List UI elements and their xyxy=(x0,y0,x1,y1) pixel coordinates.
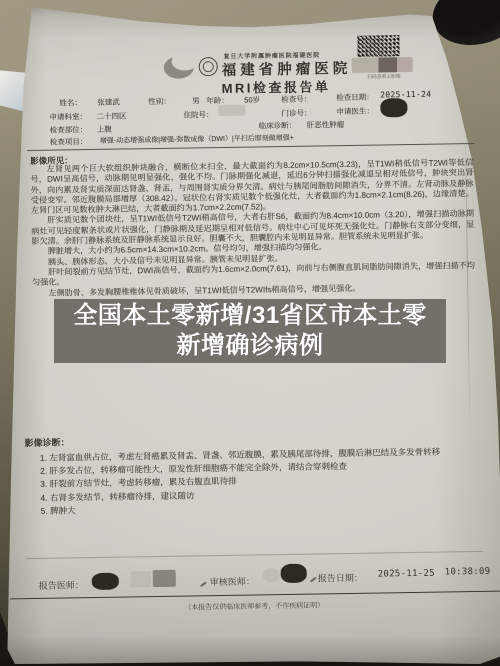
report-date-value: 2025-11-25 xyxy=(378,569,435,580)
clinical-dx-label: 临床诊断： xyxy=(259,120,297,132)
patient-gender: 男 xyxy=(192,95,200,106)
review-doctor-signature-redaction xyxy=(281,564,307,583)
report-photo: 复旦大学附属肿瘤医院福建医院 福建省肿瘤医院 MRI检查报告单 扫码查看云影像 … xyxy=(0,0,500,666)
name-label: 姓名： xyxy=(59,97,82,108)
report-time-value: 10:38:09 xyxy=(445,567,491,578)
exam-no-label: 检查号： xyxy=(281,94,311,105)
report-doctor-stamp-gray xyxy=(153,570,176,587)
qr-redaction-bar xyxy=(352,57,413,73)
gender-label: 性别： xyxy=(148,96,171,107)
diagnosis-title: 影像诊断： xyxy=(25,435,70,449)
crescent-cut xyxy=(172,52,198,70)
disclaimer-text: （本报告仅供临床医师参考，不作疾病证明） xyxy=(4,598,500,616)
header-divider xyxy=(27,143,475,151)
patient-age: 50岁 xyxy=(244,94,260,105)
clinical-dx-value: 肝恶性肿瘤 xyxy=(307,119,345,131)
outpatient-no-label: 门诊号： xyxy=(281,108,311,119)
qr-caption: 扫码查看云影像 xyxy=(355,72,413,80)
exam-items-value: 增强-动态增强成像|增强-弥散成像（DWI）|平扫后即刻做增强+ xyxy=(100,133,294,146)
qr-code xyxy=(357,35,399,57)
hospital-seal-icon xyxy=(199,57,218,76)
patient-name: 张建武 xyxy=(97,97,120,108)
pen-tick-icon xyxy=(310,577,317,582)
findings-body: 左肾见两个巨大软组织肿块融合，横断位未扫全，最大截面约为8.2cm×10.5cm… xyxy=(30,158,475,299)
report-doctor-stamp-light xyxy=(131,571,151,587)
news-caption-banner: 全国本土零新增/31省区市本土零新增确诊病例 xyxy=(54,299,446,363)
report-date-label: 报告日期： xyxy=(318,571,363,585)
pen-tick-icon xyxy=(200,581,207,586)
request-doctor-redaction xyxy=(380,98,407,117)
review-doctor-label: 审核医师： xyxy=(210,574,255,588)
review-doctor-stamp-light xyxy=(263,568,280,582)
report-doctor-signature-redaction xyxy=(92,573,119,590)
body-part-value: 上腹 xyxy=(97,124,112,135)
findings-paragraph: 左肾见两个巨大软组织肿块融合，横断位未扫全，最大截面约为8.2cm×10.5cm… xyxy=(30,158,474,216)
dept-label: 申请科室： xyxy=(49,111,87,123)
exam-date-label: 检查日期： xyxy=(336,92,374,104)
request-doctor-label: 申请医生： xyxy=(336,106,374,118)
exam-items-label: 检查项目： xyxy=(50,136,88,148)
footer-top-rule xyxy=(25,551,483,559)
diagnosis-list: 1. 左肾富血供占位，考虑左肾癌累及肾盂、肾盏、邻近腹膜，累及胰尾部待排，腹膜后… xyxy=(40,445,473,518)
inpatient-no-label: 住院号： xyxy=(183,109,213,120)
hospital-crescent-logo-icon xyxy=(164,56,194,78)
inpatient-no-redaction xyxy=(218,105,245,116)
dept-value: 二十四区 xyxy=(96,110,126,121)
report-doctor-label: 报告医师： xyxy=(39,578,84,592)
body-part-label: 检查部位： xyxy=(50,124,88,136)
